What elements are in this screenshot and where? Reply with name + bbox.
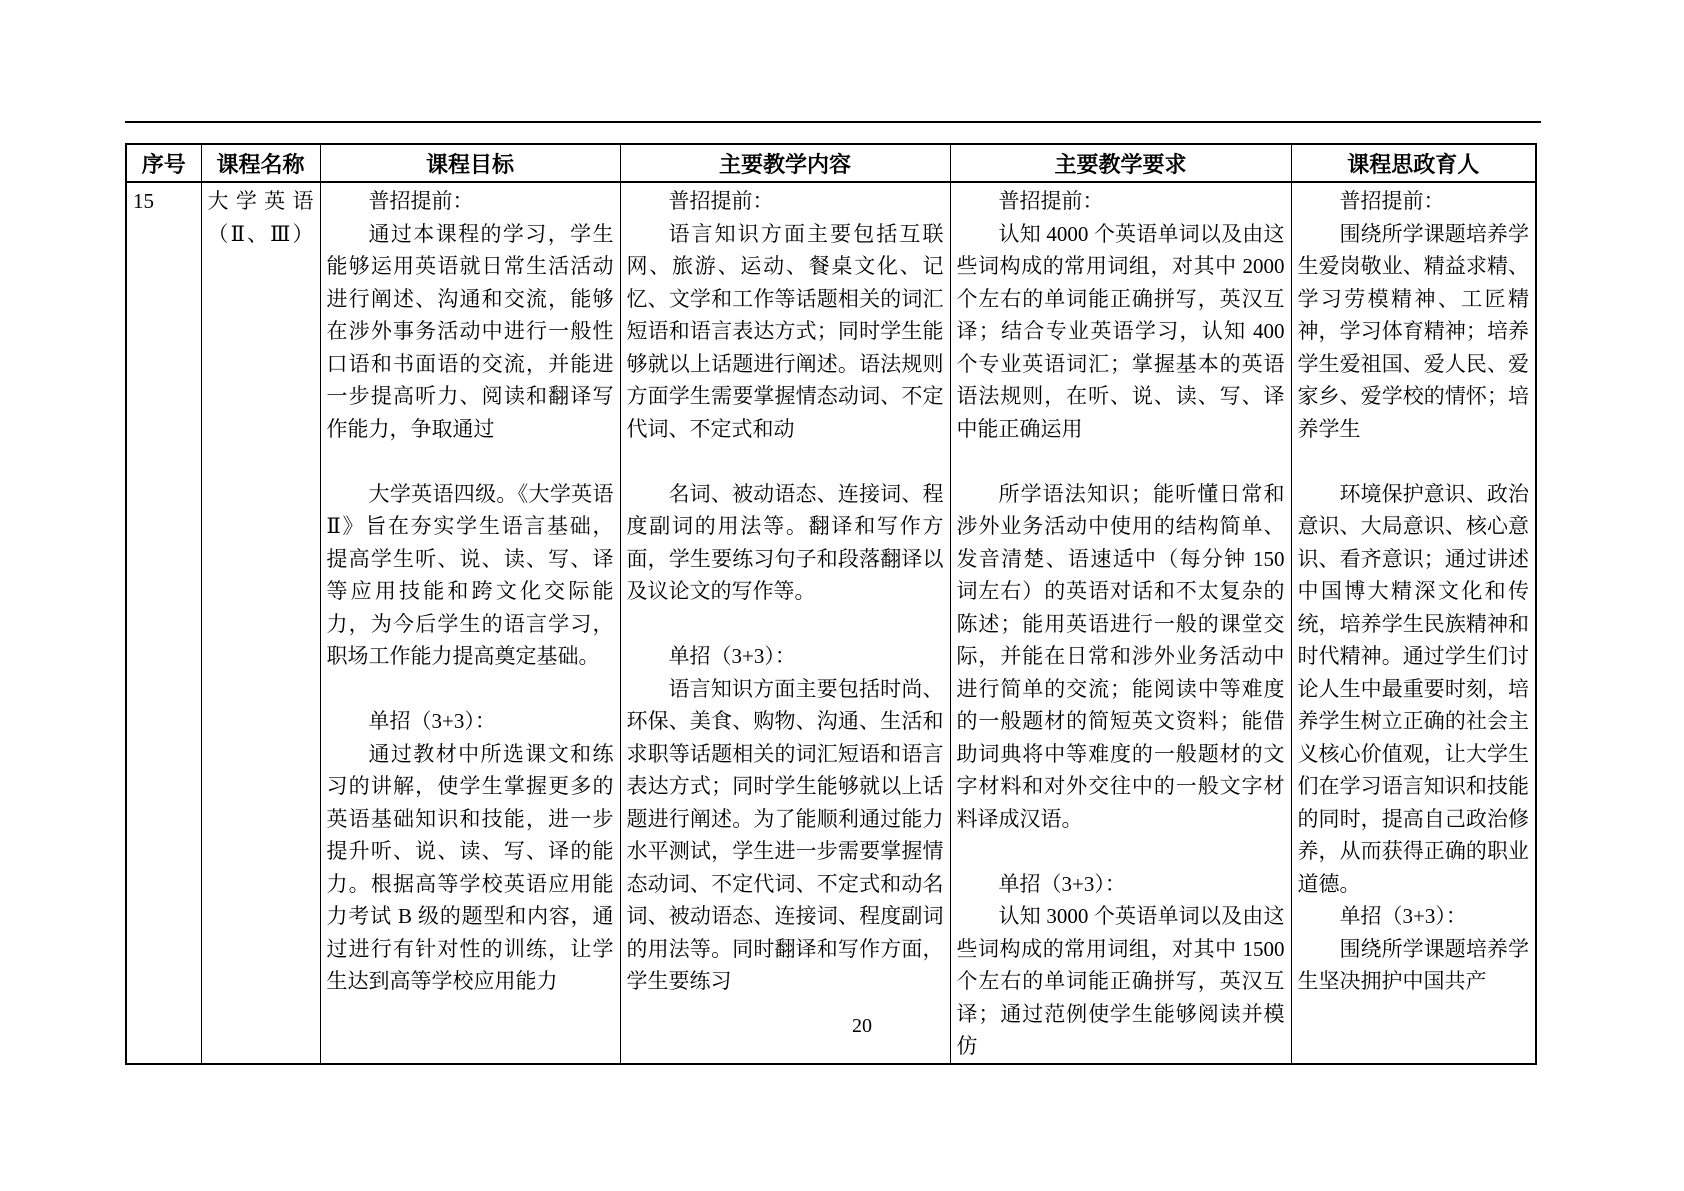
objectives-paragraph: 单招（3+3）： — [327, 705, 614, 738]
content-paragraph: 普招提前： — [627, 185, 944, 218]
header-course-objectives: 课程目标 — [320, 144, 620, 182]
table-row: 15 大学英语 （Ⅱ、Ⅲ） 普招提前： 通过本课程的学习，学生能够运用英语就日常… — [126, 182, 1536, 1064]
content-paragraph: 名词、被动语态、连接词、程度副词的用法等。翻译和写作方面，学生要练习句子和段落翻… — [627, 478, 944, 608]
requirements-paragraph: 单招（3+3）： — [957, 868, 1285, 901]
header-course-name: 课程名称 — [201, 144, 320, 182]
requirements-paragraph-blank — [957, 445, 1285, 478]
row-index: 15 — [133, 185, 195, 218]
content-paragraph: 单招（3+3）： — [627, 640, 944, 673]
header-ideology-education: 课程思政育人 — [1291, 144, 1536, 182]
cell-course-name: 大学英语 （Ⅱ、Ⅲ） — [201, 182, 320, 1064]
requirements-paragraph: 普招提前： — [957, 185, 1285, 218]
cell-teaching-content: 普招提前： 语言知识方面主要包括互联网、旅游、运动、餐桌文化、记忆、文学和工作等… — [620, 182, 950, 1064]
table-header-row: 序号 课程名称 课程目标 主要教学内容 主要教学要求 课程思政育人 — [126, 144, 1536, 182]
objectives-paragraph: 普招提前： — [327, 185, 614, 218]
ideology-paragraph-blank — [1298, 445, 1530, 478]
content-paragraph: 语言知识方面主要包括互联网、旅游、运动、餐桌文化、记忆、文学和工作等话题相关的词… — [627, 218, 944, 446]
requirements-paragraph: 认知 4000 个英语单词以及由这些词构成的常用词组，对其中 2000 个左右的… — [957, 218, 1285, 446]
ideology-paragraph: 围绕所学课题培养学生爱岗敬业、精益求精、学习劳模精神、工匠精神，学习体育精神；培… — [1298, 218, 1530, 446]
ideology-paragraph: 单招（3+3）： — [1298, 900, 1530, 933]
ideology-paragraph: 普招提前： — [1298, 185, 1530, 218]
requirements-paragraph-blank — [957, 835, 1285, 868]
cell-course-objectives: 普招提前： 通过本课程的学习，学生能够运用英语就日常生活活动进行阐述、沟通和交流… — [320, 182, 620, 1064]
ideology-paragraph: 围绕所学课题培养学生坚决拥护中国共产 — [1298, 933, 1530, 998]
objectives-paragraph-blank — [327, 673, 614, 706]
header-index: 序号 — [126, 144, 201, 182]
course-syllabus-table: 序号 课程名称 课程目标 主要教学内容 主要教学要求 课程思政育人 15 大学英… — [125, 143, 1537, 1065]
page-number: 20 — [762, 1015, 962, 1038]
header-teaching-content: 主要教学内容 — [620, 144, 950, 182]
course-name-line1: 大学英语 — [208, 185, 314, 218]
objectives-paragraph-blank — [327, 445, 614, 478]
header-teaching-requirements: 主要教学要求 — [950, 144, 1291, 182]
content-paragraph-blank — [627, 608, 944, 641]
objectives-paragraph: 通过教材中所选课文和练习的讲解，使学生掌握更多的英语基础知识和技能，进一步提升听… — [327, 738, 614, 998]
objectives-paragraph: 大学英语四级。《大学英语Ⅱ》旨在夯实学生语言基础，提高学生听、说、读、写、译等应… — [327, 478, 614, 673]
document-page: 序号 课程名称 课程目标 主要教学内容 主要教学要求 课程思政育人 15 大学英… — [0, 0, 1684, 1191]
requirements-paragraph: 所学语法知识；能听懂日常和涉外业务活动中使用的结构简单、发音清楚、语速适中（每分… — [957, 478, 1285, 836]
cell-index: 15 — [126, 182, 201, 1064]
course-name-line2: （Ⅱ、Ⅲ） — [208, 218, 314, 251]
ideology-paragraph: 环境保护意识、政治意识、大局意识、核心意识、看齐意识；通过讲述中国博大精深文化和… — [1298, 478, 1530, 901]
requirements-paragraph: 认知 3000 个英语单词以及由这些词构成的常用词组，对其中 1500 个左右的… — [957, 900, 1285, 1063]
cell-ideology-education: 普招提前： 围绕所学课题培养学生爱岗敬业、精益求精、学习劳模精神、工匠精神，学习… — [1291, 182, 1536, 1064]
content-paragraph-blank — [627, 445, 944, 478]
content-paragraph: 语言知识方面主要包括时尚、环保、美食、购物、沟通、生活和求职等话题相关的词汇短语… — [627, 673, 944, 998]
header-rule — [125, 121, 1541, 123]
cell-teaching-requirements: 普招提前： 认知 4000 个英语单词以及由这些词构成的常用词组，对其中 200… — [950, 182, 1291, 1064]
objectives-paragraph: 通过本课程的学习，学生能够运用英语就日常生活活动进行阐述、沟通和交流，能够在涉外… — [327, 218, 614, 446]
